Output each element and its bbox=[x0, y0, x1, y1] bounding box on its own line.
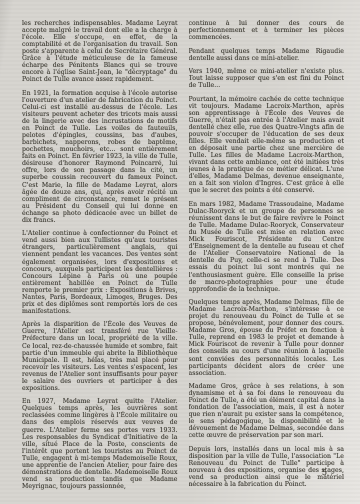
paragraph: En mars 1982, Madame Trassoudaine, Madam… bbox=[189, 201, 345, 293]
paragraph: continue à lui donner des cours de perfe… bbox=[189, 20, 345, 41]
right-column: continue à lui donner des cours de perfe… bbox=[189, 20, 345, 488]
paragraph: Après la disparition de l'École des Veuv… bbox=[22, 321, 178, 391]
scanned-page: les recherches indispensables. Madame Le… bbox=[22, 20, 344, 490]
paragraph: En 1921, la formation acquise à l'école … bbox=[22, 90, 178, 224]
paragraph: En 1927, Madame Leyrat quitte l'Atelier.… bbox=[22, 398, 178, 490]
paragraph: les recherches indispensables. Madame Le… bbox=[22, 20, 178, 83]
paragraph: Depuis lors, installés dans un local mis… bbox=[189, 446, 345, 488]
paragraph: L'Atelier continue à confectionner du Po… bbox=[22, 230, 178, 315]
paragraph: Quelques temps après, Madame Delmas, fil… bbox=[189, 299, 345, 377]
page-number: 5 bbox=[322, 468, 327, 477]
left-column: les recherches indispensables. Madame Le… bbox=[22, 20, 178, 490]
text-columns: les recherches indispensables. Madame Le… bbox=[22, 20, 344, 490]
paragraph: Pourtant, la mémoire cachée de cette tec… bbox=[189, 96, 345, 195]
paragraph: Pendant quelques temps Madame Rigaudie d… bbox=[189, 48, 345, 62]
paragraph: Madame Gros, grâce à ses relations, à so… bbox=[189, 383, 345, 439]
paragraph: Vers 1940, même ce mini-atelier n'existe… bbox=[189, 68, 345, 89]
